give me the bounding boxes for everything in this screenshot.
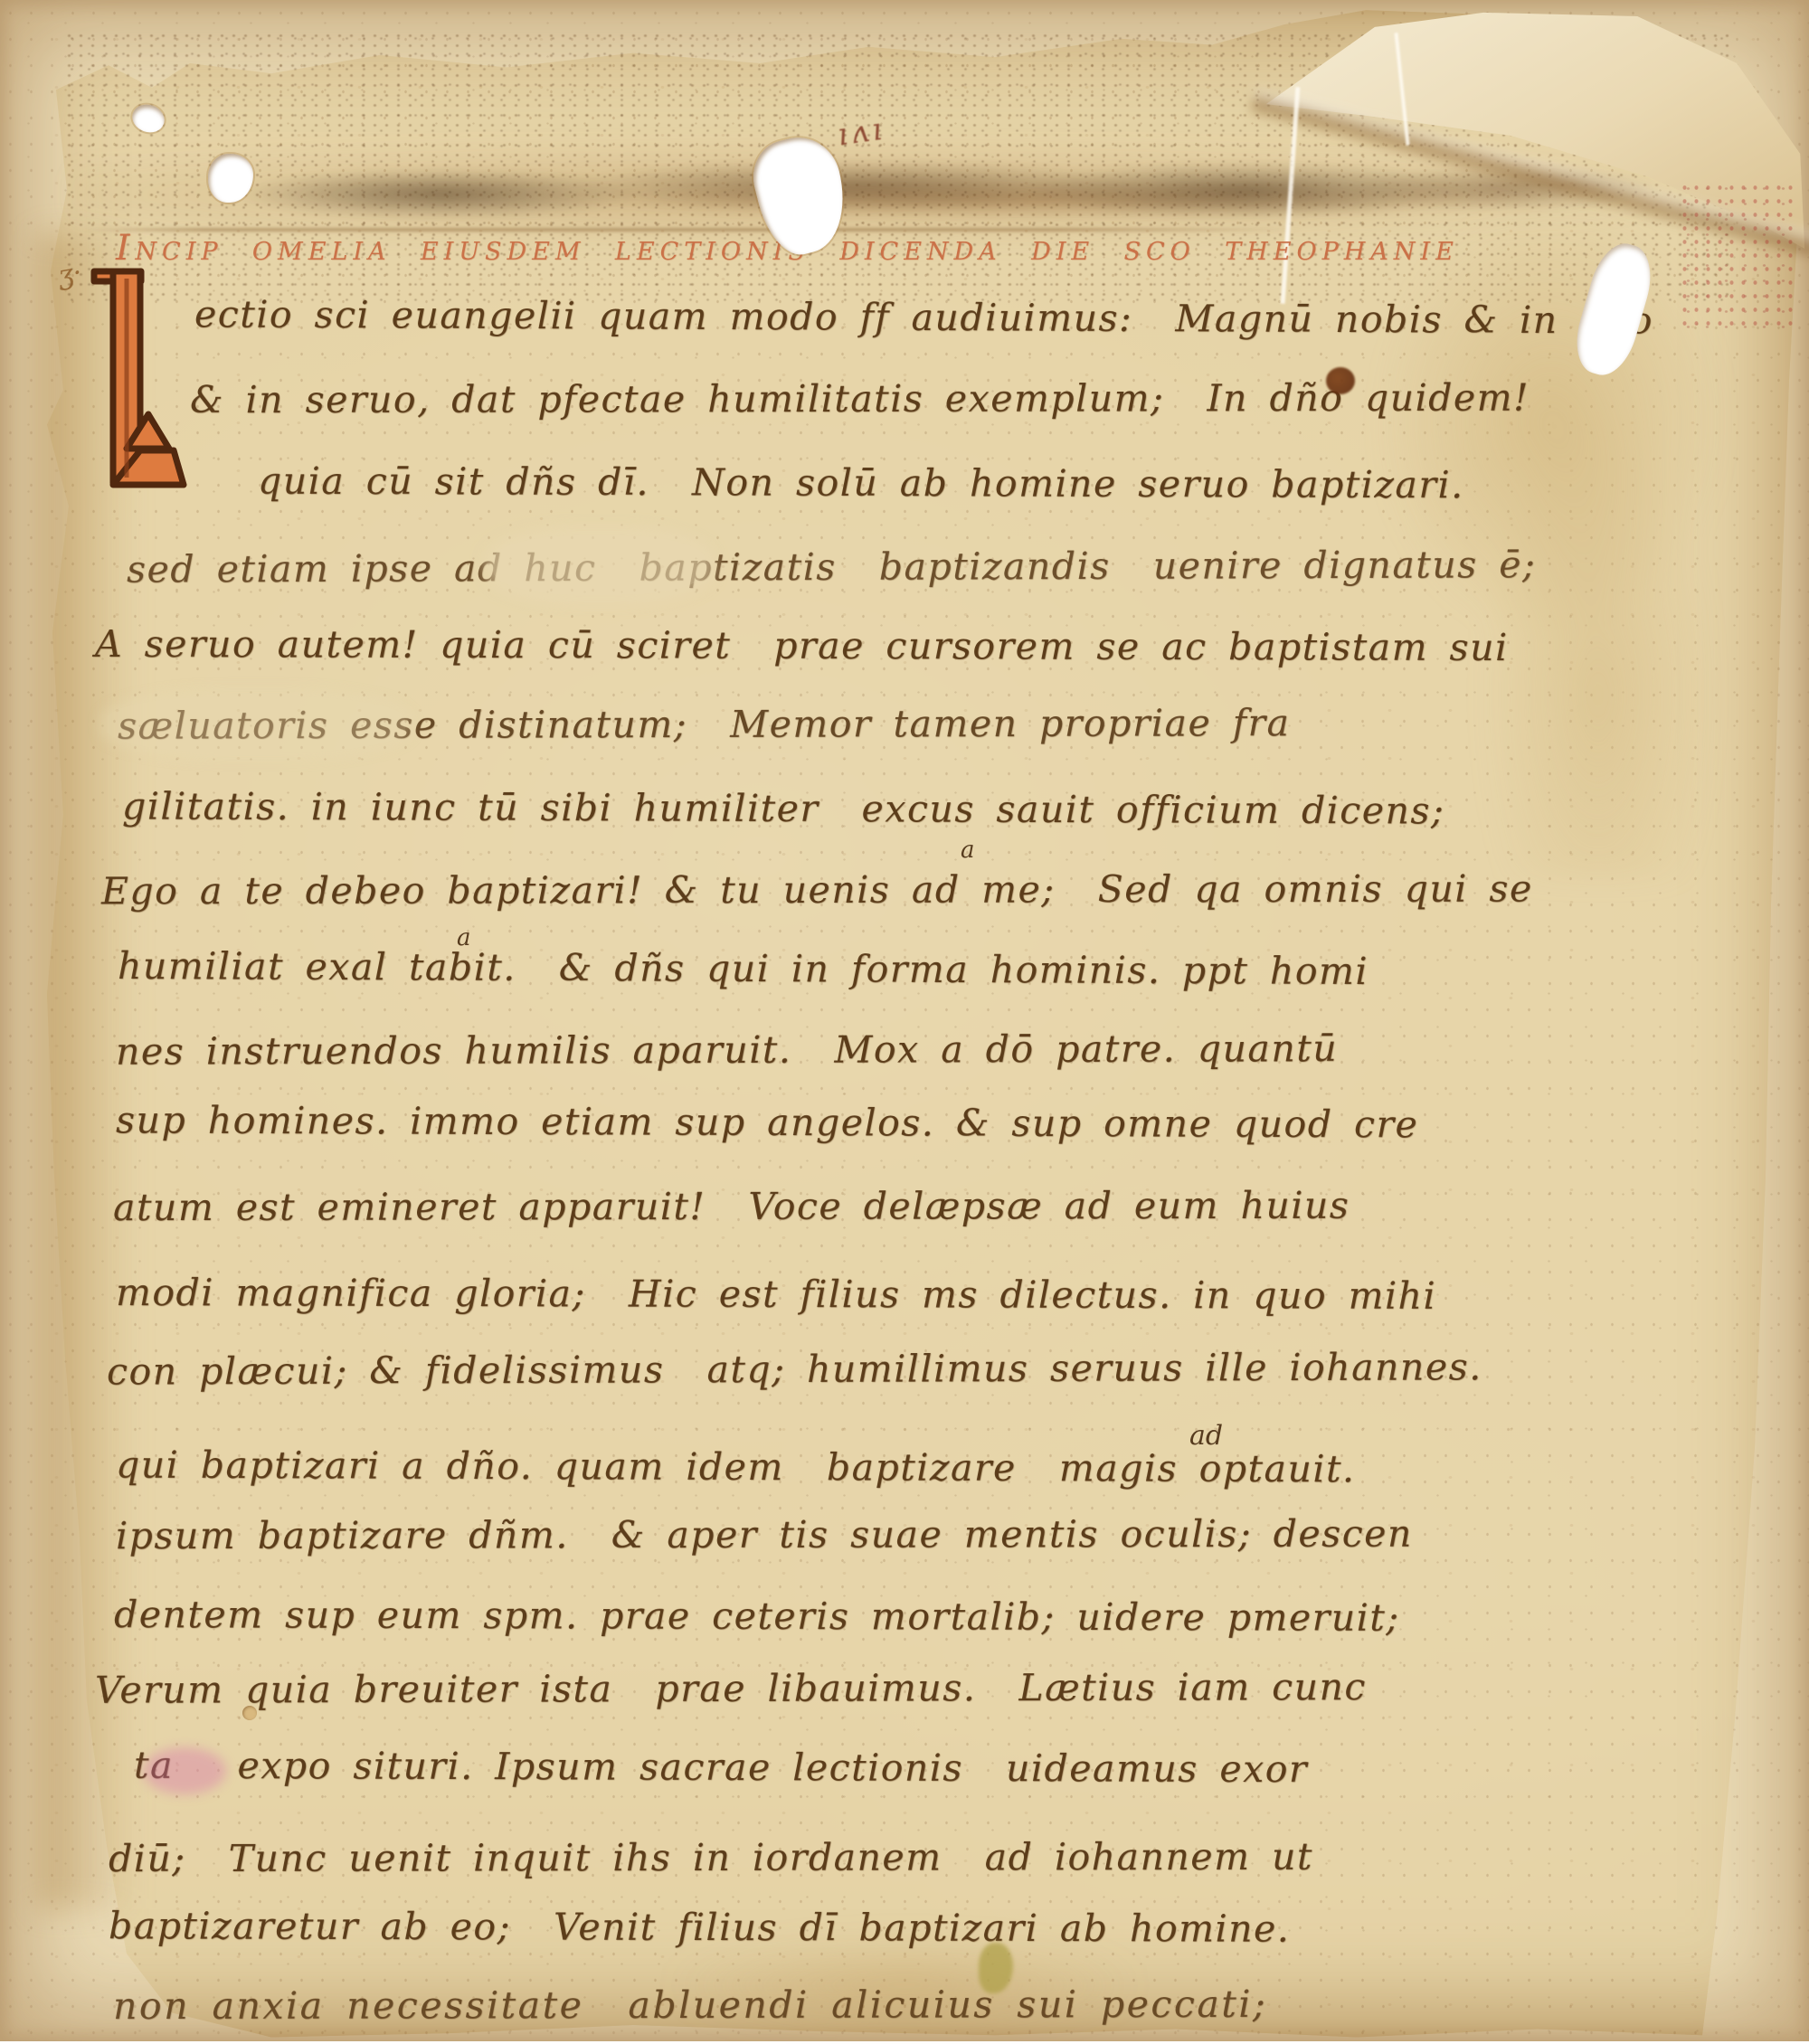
manuscript-line: gilitatis. in iunc tū sibi humiliter exc… <box>122 784 1444 832</box>
ink-blot <box>1326 367 1355 394</box>
top-ink-remnant: ıʌı <box>835 111 887 154</box>
manuscript-line: quia cū sit dñs dī. Non solū ab homine s… <box>258 459 1464 507</box>
interlinear-addition: ad <box>1189 1420 1223 1452</box>
drop-cap-glyph <box>83 264 190 492</box>
interlinear-mark: a <box>961 837 975 864</box>
manuscript-line: non anxia necessitate abluendi alicuius … <box>113 1982 1267 2028</box>
drop-cap-initial-L: L <box>83 264 190 492</box>
pink-pigment-smudge <box>143 1747 226 1794</box>
manuscript-line: sed etiam ipse ad huc baptizatis baptiza… <box>127 543 1536 591</box>
manuscript-line: ipsum baptizare dñm. & aper tis suae men… <box>116 1512 1413 1558</box>
manuscript-line: humiliat exal tabit. & dñs qui in forma … <box>118 944 1369 993</box>
manuscript-line: atum est emineret apparuit! Voce delæpsæ… <box>113 1184 1350 1229</box>
manuscript-line: A seruo autem! quia cū sciret prae curso… <box>95 622 1509 669</box>
manuscript-line: dentem sup eum spm. prae ceteris mortali… <box>114 1593 1400 1640</box>
red-pigment-speckles <box>1679 181 1796 335</box>
manuscript-line: diū; Tunc uenit inquit ihs in iordanem a… <box>109 1835 1313 1880</box>
manuscript-line: ectio sci euangelii quam modo ff audiuim… <box>194 292 1653 342</box>
manuscript-line: modi magnifica gloria; Hic est filius ms… <box>116 1271 1436 1318</box>
manuscript-photo: Incip omelia eiusdem lectionis dicenda d… <box>0 0 1809 2041</box>
faded-text-patch <box>107 696 405 752</box>
erased-word-patch <box>493 535 706 595</box>
manuscript-line: baptizaretur ab eo; Venit filius dī bapt… <box>109 1904 1290 1950</box>
manuscript-line: Verum quia breuiter ista prae libauimus.… <box>95 1665 1367 1712</box>
manuscript-line: nes instruendos humilis aparuit. Mox a d… <box>116 1027 1338 1074</box>
manuscript-line: qui baptizari a dño. quam idem baptizare… <box>116 1443 1356 1491</box>
manuscript-line: con plæcui; & fidelissimus atq; humillim… <box>107 1345 1482 1393</box>
manuscript-line: ta expo situri. Ipsum sacrae lectionis u… <box>134 1744 1308 1792</box>
manuscript-line: sup homines. immo etiam sup angelos. & s… <box>116 1098 1418 1146</box>
manuscript-line: Ego a te debeo baptizari! & tu uenis ad … <box>101 867 1533 913</box>
interlinear-mark: a <box>457 924 471 951</box>
small-hole <box>242 1706 257 1720</box>
